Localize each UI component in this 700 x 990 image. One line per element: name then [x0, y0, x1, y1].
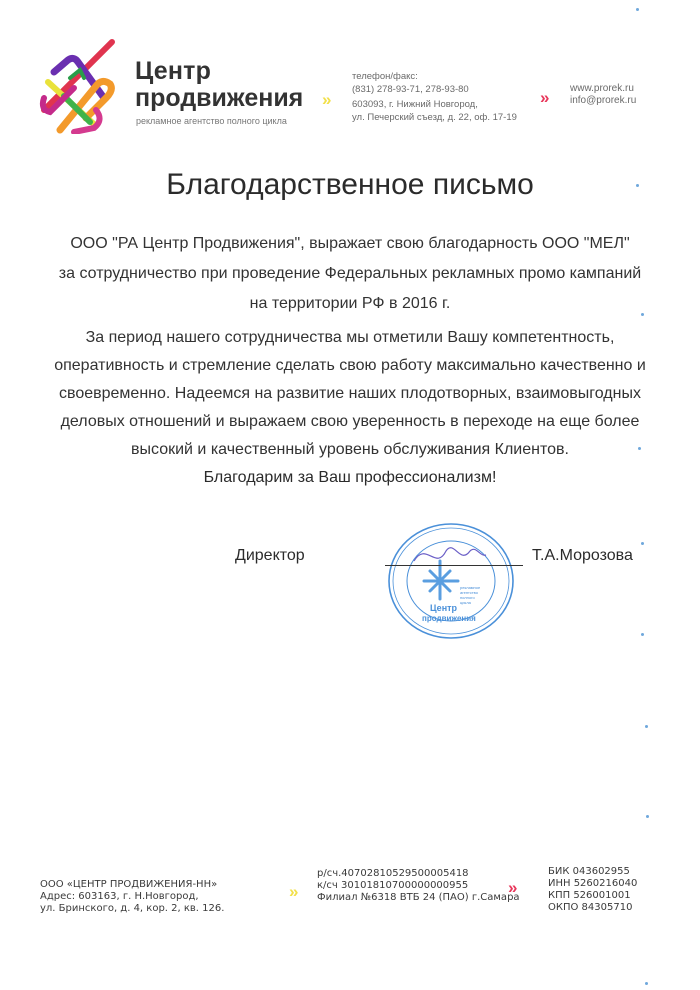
footer-codes: БИК 043602955 ИНН 5260216040 КПП 5260010… [548, 866, 637, 914]
phone-label: телефон/факс: [352, 70, 469, 83]
footer-bank: р/сч.40702810529500005418 к/сч 301018107… [317, 868, 520, 904]
paragraph-2: За период нашего сотрудничества мы отмет… [20, 324, 680, 464]
footer-address-line2: ул. Бринского, д. 4, кор. 2, кв. 126. [40, 903, 224, 915]
scan-speck [636, 8, 639, 11]
phone-block: телефон/факс: (831) 278-93-71, 278-93-80 [352, 70, 469, 96]
red-chevron-icon: » [508, 880, 514, 896]
scan-speck [636, 184, 639, 187]
footer-company: ООО «ЦЕНТР ПРОДВИЖЕНИЯ-НН» Адрес: 603163… [40, 879, 224, 915]
address-block: 603093, г. Нижний Новгород, ул. Печерски… [352, 98, 517, 124]
yellow-chevron-icon: » [289, 884, 295, 900]
paragraph-line: За период нашего сотрудничества мы отмет… [20, 324, 680, 352]
brand-name-line1: Центр [135, 58, 211, 84]
company-stamp-icon: Центр продвижения рекламное агентство по… [386, 521, 516, 641]
address-line2: ул. Печерский съезд, д. 22, оф. 17-19 [352, 111, 517, 124]
paragraph-line: своевременно. Надеемся на развитие наших… [20, 380, 680, 408]
paragraph-line: на территории РФ в 2016 г. [20, 289, 680, 319]
red-chevron-icon: » [540, 90, 546, 106]
stamp-center-line1: Центр [430, 603, 458, 613]
signatory-role: Директор [235, 547, 305, 565]
signatory-name: Т.А.Морозова [532, 547, 633, 565]
website-link[interactable]: www.prorek.ru [570, 83, 636, 95]
scan-speck [641, 633, 644, 636]
brand-tagline: рекламное агентство полного цикла [136, 116, 287, 126]
email-link[interactable]: info@prorek.ru [570, 95, 636, 107]
paragraph-line: высокий и качественный уровень обслужива… [20, 436, 680, 464]
paragraph-line: за сотрудничество при проведение Федерал… [20, 259, 680, 289]
woven-ribbons-logo-icon [34, 38, 118, 134]
scan-speck [641, 542, 644, 545]
phone-number: (831) 278-93-71, 278-93-80 [352, 83, 469, 96]
footer-account: р/сч.40702810529500005418 [317, 868, 520, 880]
address-line1: 603093, г. Нижний Новгород, [352, 98, 517, 111]
paragraph-line: ООО "РА Центр Продвижения", выражает сво… [20, 229, 680, 259]
paragraph-line: оперативность и стремление сделать свою … [20, 352, 680, 380]
paragraph-1: ООО "РА Центр Продвижения", выражает сво… [20, 229, 680, 319]
stamp-center-line2: продвижения [422, 614, 476, 623]
scan-speck [645, 982, 648, 985]
footer-kpp: КПП 526001001 [548, 890, 637, 902]
footer-okpo: ОКПО 84305710 [548, 902, 637, 914]
footer-company-name: ООО «ЦЕНТР ПРОДВИЖЕНИЯ-НН» [40, 879, 224, 891]
letter-title: Благодарственное письмо [0, 168, 700, 202]
scan-speck [638, 447, 641, 450]
footer-address-line1: Адрес: 603163, г. Н.Новгород, [40, 891, 224, 903]
paragraph-line: деловых отношений и выражаем свою уверен… [20, 408, 680, 436]
footer-bik: БИК 043602955 [548, 866, 637, 878]
signature-line [385, 565, 523, 566]
web-block: www.prorek.ru info@prorek.ru [570, 83, 636, 107]
svg-text:цикла: цикла [460, 600, 472, 605]
footer-inn: ИНН 5260216040 [548, 878, 637, 890]
scan-speck [641, 313, 644, 316]
footer-bank-branch: Филиал №6318 ВТБ 24 (ПАО) г.Самара [317, 892, 520, 904]
footer-corr-account: к/сч 30101810700000000955 [317, 880, 520, 892]
yellow-chevron-icon: » [322, 92, 328, 108]
brand-name-line2: продвижения [135, 85, 303, 111]
scan-speck [646, 815, 649, 818]
closing-line: Благодарим за Ваш профессионализм! [0, 469, 700, 487]
scan-speck [645, 725, 648, 728]
